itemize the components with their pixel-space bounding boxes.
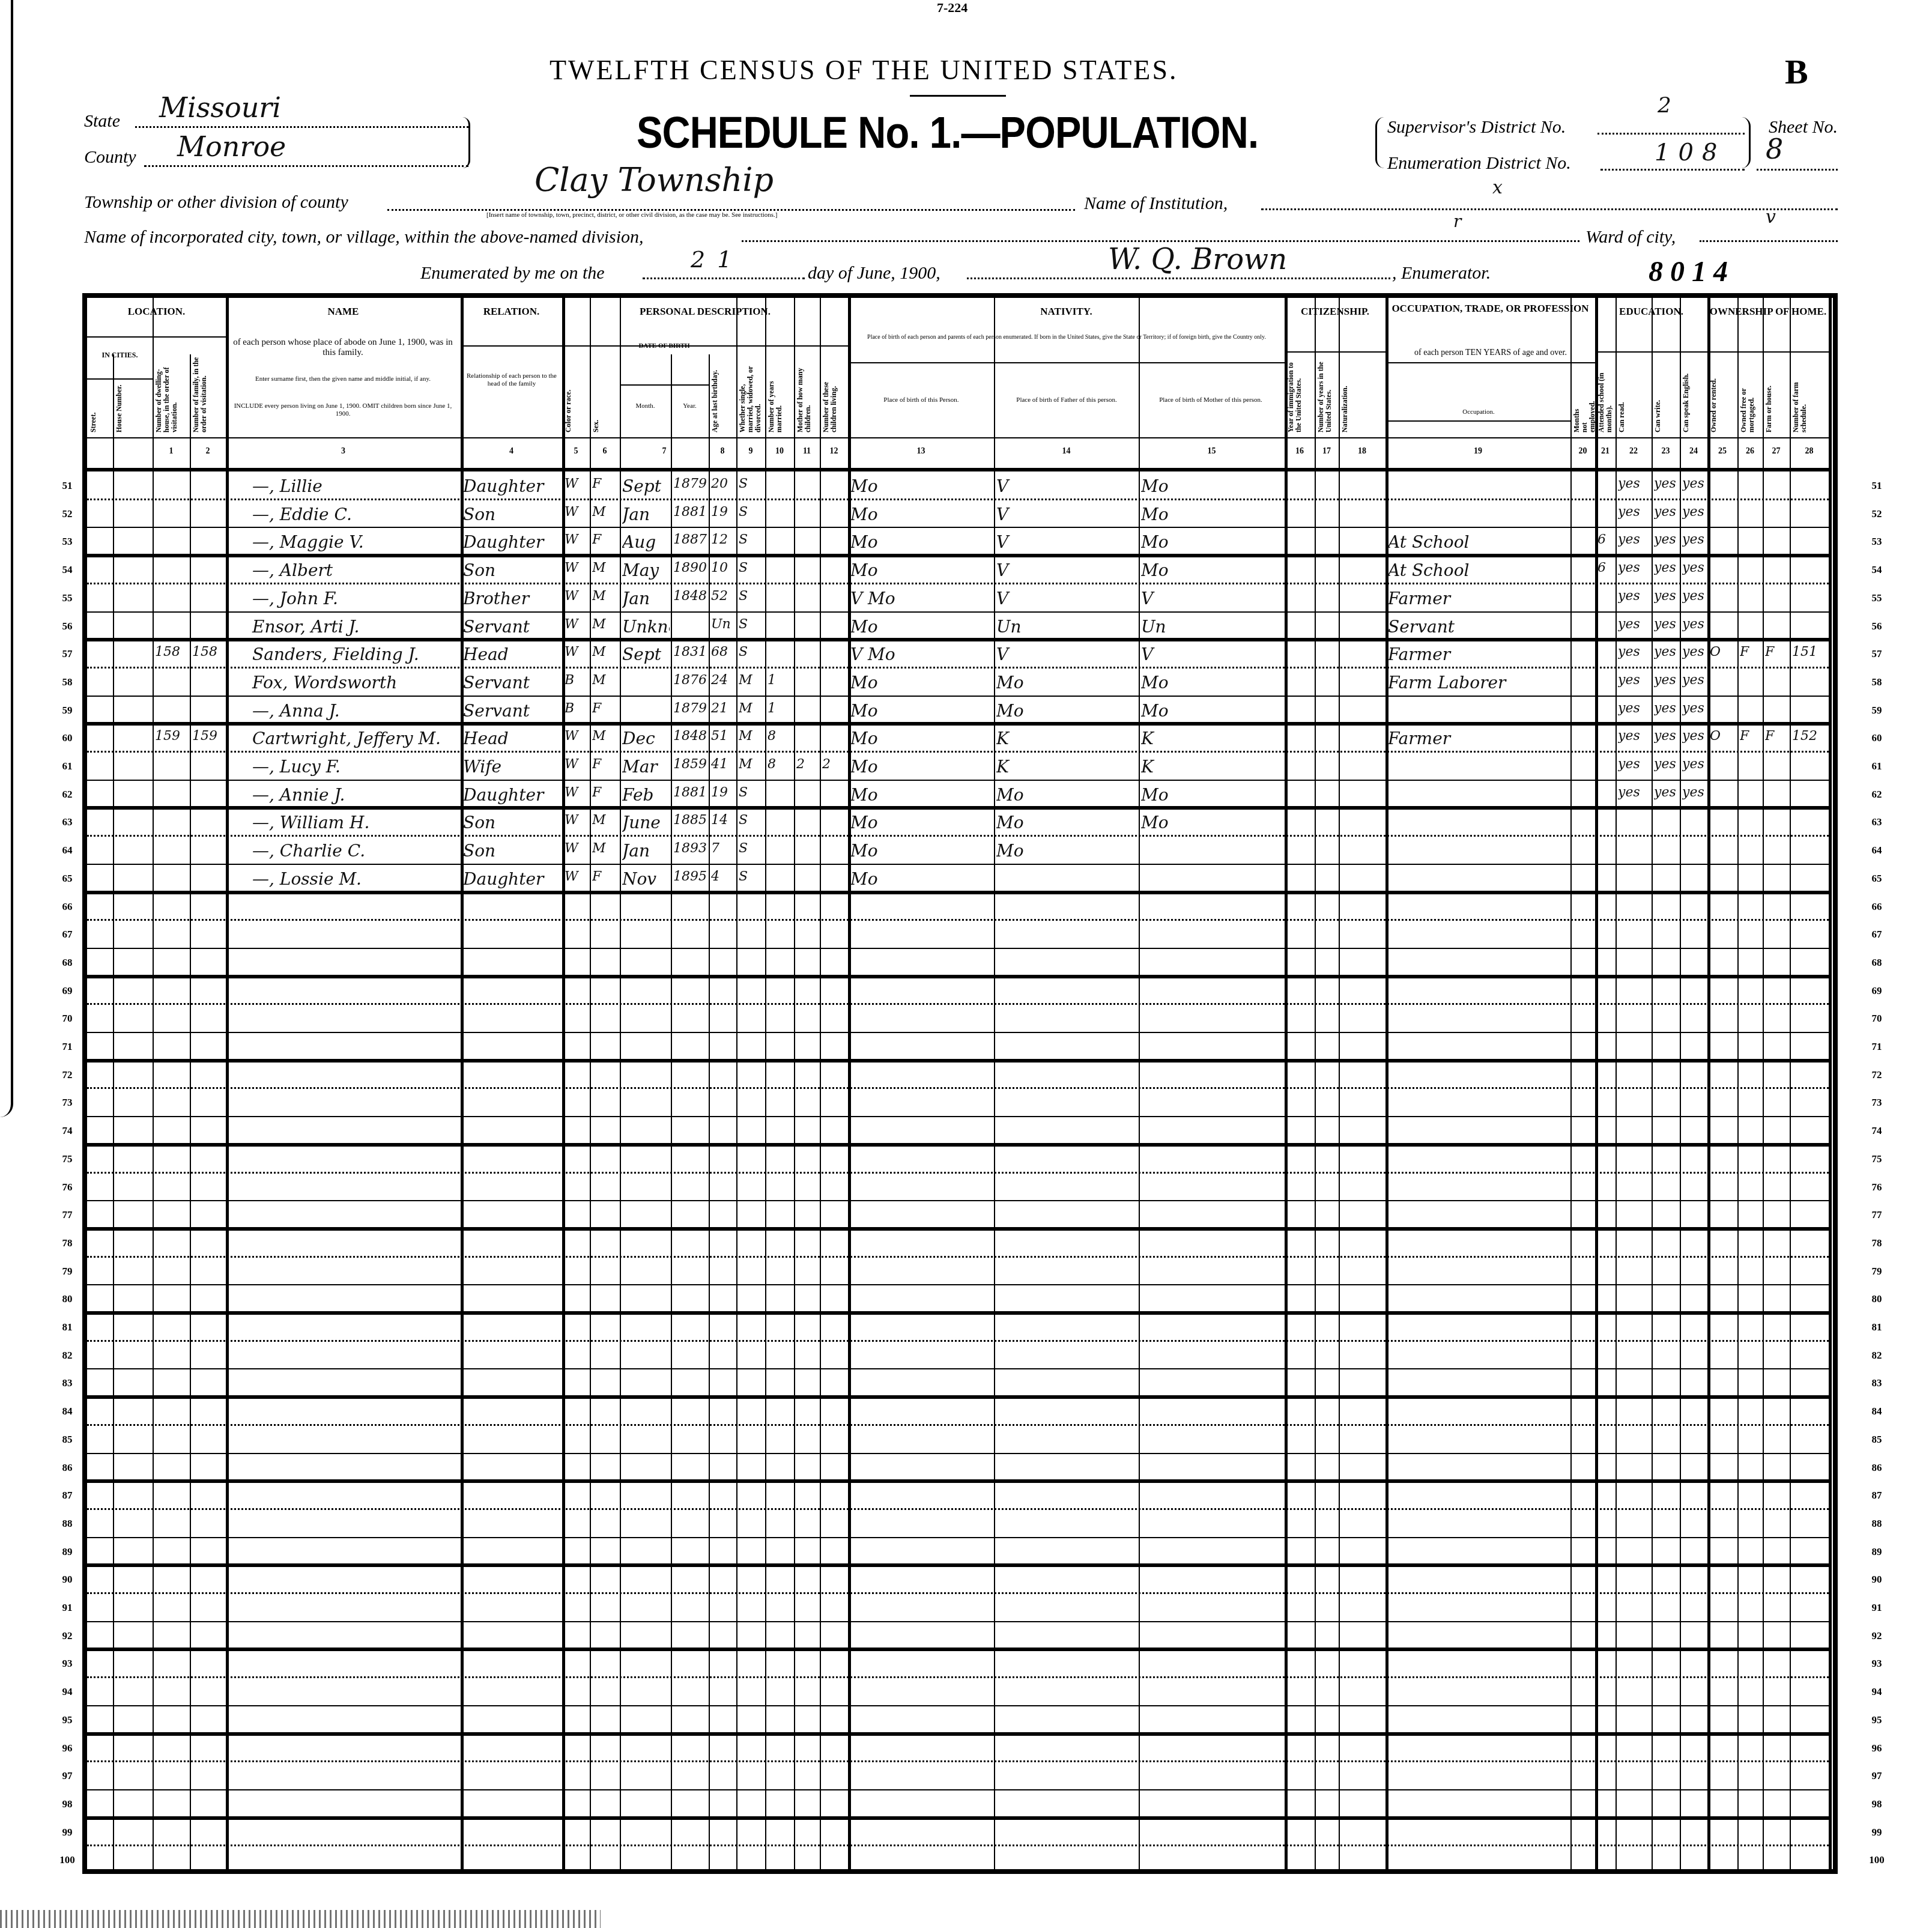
- cell-name[interactable]: —, Maggie V.: [228, 532, 483, 552]
- cell-age[interactable]: 7: [711, 841, 735, 856]
- cell-year[interactable]: 1876: [673, 673, 707, 688]
- cell-speak[interactable]: yes: [1682, 617, 1706, 632]
- cell-speak[interactable]: yes: [1682, 476, 1706, 491]
- cell-bp-person[interactable]: Mo: [850, 729, 993, 748]
- cell-yrs-married[interactable]: 8: [768, 729, 793, 744]
- header-birth-father: Place of birth of Father of this person.: [998, 396, 1135, 404]
- cell-marital[interactable]: M: [739, 729, 764, 744]
- cell-color[interactable]: W: [565, 476, 589, 491]
- cell-marital[interactable]: S: [739, 617, 764, 632]
- cell-relation[interactable]: Daughter: [463, 785, 561, 805]
- cell-bp-mother[interactable]: K: [1141, 757, 1283, 777]
- cell-name[interactable]: —, Lossie M.: [228, 869, 483, 889]
- cell-bp-mother[interactable]: Mo: [1141, 701, 1283, 721]
- ward-label: Ward of city,: [1585, 227, 1676, 247]
- cell-farm-sched[interactable]: 151: [1792, 644, 1828, 659]
- cell-bp-father[interactable]: V: [996, 644, 1137, 664]
- cell-write[interactable]: yes: [1654, 560, 1679, 575]
- cell-bp-father[interactable]: K: [996, 729, 1137, 748]
- cell-bp-father[interactable]: Mo: [996, 813, 1137, 832]
- cell-color[interactable]: W: [565, 729, 589, 744]
- column-number: 5: [562, 447, 590, 456]
- table-row[interactable]: —, Lucy F.WifeWFMar185941M822MoKKyesyesy…: [87, 752, 1829, 780]
- cell-write[interactable]: yes: [1654, 673, 1679, 688]
- cell-sex[interactable]: M: [592, 644, 619, 659]
- cell-bp-person[interactable]: Mo: [850, 701, 993, 721]
- cell-bp-mother[interactable]: Mo: [1141, 560, 1283, 580]
- cell-bp-mother[interactable]: Mo: [1141, 673, 1283, 693]
- column-number: 6: [590, 447, 620, 456]
- cell-name[interactable]: —, Albert: [228, 560, 483, 580]
- cell-owned[interactable]: O: [1710, 729, 1736, 744]
- line-number-right: 99: [1865, 1826, 1889, 1839]
- table-row[interactable]: —, Lossie M.DaughterWFNov18954SMo: [87, 864, 1829, 893]
- cell-mother-of[interactable]: 2: [796, 757, 819, 772]
- cell-bp-mother[interactable]: Mo: [1141, 532, 1283, 552]
- enumerated-suffix: day of June, 1900,: [808, 263, 940, 283]
- table-row[interactable]: —, LillieDaughterWFSept187920SMoVMoyesye…: [87, 471, 1829, 500]
- cell-bp-father[interactable]: V: [996, 476, 1137, 496]
- column-number: 13: [848, 447, 994, 456]
- cell-color[interactable]: W: [565, 785, 589, 800]
- header-year: Year.: [671, 402, 709, 410]
- cell-write[interactable]: yes: [1654, 701, 1679, 716]
- cell-name[interactable]: —, Lillie: [228, 476, 483, 496]
- cell-speak[interactable]: yes: [1682, 701, 1706, 716]
- cell-read[interactable]: yes: [1618, 757, 1650, 772]
- cell-year[interactable]: 1885: [673, 813, 707, 828]
- cell-bp-father[interactable]: V: [996, 532, 1137, 552]
- cell-relation[interactable]: Servant: [463, 673, 561, 693]
- cell-bp-person[interactable]: Mo: [850, 617, 993, 637]
- cell-bp-mother[interactable]: K: [1141, 729, 1283, 748]
- cell-month[interactable]: Jan: [622, 589, 670, 608]
- cell-bp-father[interactable]: V: [996, 560, 1137, 580]
- column-number: 24: [1680, 447, 1707, 456]
- cell-bp-mother[interactable]: Mo: [1141, 785, 1283, 805]
- cell-month[interactable]: June: [622, 813, 670, 832]
- township-field[interactable]: Clay Township: [387, 186, 1075, 211]
- cell-age[interactable]: 14: [711, 813, 735, 828]
- line-number-right: 100: [1865, 1854, 1889, 1866]
- cell-year[interactable]: 1895: [673, 869, 707, 884]
- cell-name[interactable]: —, Anna J.: [228, 701, 483, 721]
- cell-sex[interactable]: F: [592, 701, 619, 716]
- cell-sex[interactable]: M: [592, 617, 619, 632]
- cell-speak[interactable]: yes: [1682, 757, 1706, 772]
- enumerated-day: 21: [691, 246, 743, 273]
- cell-year[interactable]: 1831: [673, 644, 707, 659]
- cell-color[interactable]: W: [565, 841, 589, 856]
- cell-age[interactable]: 68: [711, 644, 735, 659]
- line-number-left: 69: [55, 985, 79, 997]
- cell-attended[interactable]: 6: [1597, 560, 1614, 575]
- cell-marital[interactable]: M: [739, 757, 764, 772]
- cell-name[interactable]: Ensor, Arti J.: [228, 617, 483, 637]
- cell-color[interactable]: W: [565, 617, 589, 632]
- line-number-left: 73: [55, 1097, 79, 1109]
- cell-relation[interactable]: Servant: [463, 701, 561, 721]
- supervisor-field[interactable]: 2: [1597, 111, 1745, 135]
- cell-month[interactable]: Dec: [622, 729, 670, 748]
- line-number-left: 93: [55, 1658, 79, 1670]
- cell-name[interactable]: —, William H.: [228, 813, 483, 832]
- cell-age[interactable]: Un: [711, 617, 735, 632]
- cell-sex[interactable]: F: [592, 476, 619, 491]
- cell-color[interactable]: B: [565, 673, 589, 688]
- cell-color[interactable]: W: [565, 869, 589, 884]
- cell-month[interactable]: May: [622, 560, 670, 580]
- table-row[interactable]: —, Annie J.DaughterWFFeb188119SMoMoMoyes…: [87, 780, 1829, 808]
- cell-age[interactable]: 19: [711, 505, 735, 520]
- cell-marital[interactable]: M: [739, 673, 764, 688]
- line-number-right: 82: [1865, 1350, 1889, 1362]
- cell-name[interactable]: Cartwright, Jeffery M.: [228, 729, 483, 748]
- cell-attended[interactable]: 6: [1597, 532, 1614, 547]
- table-row[interactable]: —, William H.SonWMJune188514SMoMoMo: [87, 808, 1829, 836]
- cell-sex[interactable]: F: [592, 532, 619, 547]
- cell-name[interactable]: Fox, Wordsworth: [228, 673, 483, 693]
- cell-age[interactable]: 4: [711, 869, 735, 884]
- line-number-right: 93: [1865, 1658, 1889, 1670]
- cell-read[interactable]: yes: [1618, 560, 1650, 575]
- township-value: Clay Township: [534, 161, 774, 199]
- cell-name[interactable]: Sanders, Fielding J.: [228, 644, 483, 664]
- cell-sex[interactable]: M: [592, 729, 619, 744]
- cell-bp-father[interactable]: Mo: [996, 701, 1137, 721]
- cell-age[interactable]: 21: [711, 701, 735, 716]
- cell-family[interactable]: 159: [192, 729, 225, 744]
- cell-occupation[interactable]: Farm Laborer: [1388, 673, 1569, 693]
- table-row[interactable]: 159159Cartwright, Jeffery M.HeadWMDec184…: [87, 724, 1829, 752]
- cell-name[interactable]: —, John F.: [228, 589, 483, 608]
- cell-sex[interactable]: F: [592, 757, 619, 772]
- table-row[interactable]: —, Anna J.ServantBF187921M1MoMoMoyesyesy…: [87, 696, 1829, 724]
- cell-month[interactable]: Aug: [622, 532, 670, 552]
- cell-marital[interactable]: S: [739, 644, 764, 659]
- header-years-married: Number of years married.: [768, 360, 792, 432]
- line-number-right: 67: [1865, 929, 1889, 941]
- cell-relation[interactable]: Daughter: [463, 532, 561, 552]
- cell-free[interactable]: F: [1740, 644, 1761, 659]
- cell-speak[interactable]: yes: [1682, 589, 1706, 604]
- cell-relation[interactable]: Head: [463, 729, 561, 748]
- cell-bp-person[interactable]: Mo: [850, 785, 993, 805]
- cell-free[interactable]: F: [1740, 729, 1761, 744]
- cell-age[interactable]: 19: [711, 785, 735, 800]
- cell-bp-person[interactable]: Mo: [850, 673, 993, 693]
- header-age: Age at last birthday.: [711, 360, 734, 432]
- cell-occupation[interactable]: At School: [1388, 560, 1569, 580]
- cell-relation[interactable]: Head: [463, 644, 561, 664]
- cell-sex[interactable]: F: [592, 785, 619, 800]
- column-number: 11: [794, 447, 820, 456]
- cell-age[interactable]: 51: [711, 729, 735, 744]
- cell-color[interactable]: W: [565, 813, 589, 828]
- cell-age[interactable]: 20: [711, 476, 735, 491]
- cell-bp-father[interactable]: Mo: [996, 785, 1137, 805]
- line-number-left: 74: [55, 1125, 79, 1137]
- cell-read[interactable]: yes: [1618, 644, 1650, 659]
- cell-month[interactable]: Mar: [622, 757, 670, 777]
- cell-bp-person[interactable]: Mo: [850, 532, 993, 552]
- cell-bp-father[interactable]: K: [996, 757, 1137, 777]
- cell-write[interactable]: yes: [1654, 785, 1679, 800]
- cell-bp-mother[interactable]: Mo: [1141, 813, 1283, 832]
- cell-write[interactable]: yes: [1654, 729, 1679, 744]
- cell-speak[interactable]: yes: [1682, 505, 1706, 520]
- cell-name[interactable]: —, Eddie C.: [228, 505, 483, 524]
- cell-color[interactable]: W: [565, 560, 589, 575]
- table-row[interactable]: —, John F.BrotherWMJan184852SV MoVVFarme…: [87, 584, 1829, 612]
- cell-month[interactable]: Feb: [622, 785, 670, 805]
- line-number-right: 83: [1865, 1377, 1889, 1389]
- cell-bp-mother[interactable]: Mo: [1141, 505, 1283, 524]
- cell-marital[interactable]: S: [739, 505, 764, 520]
- cell-farm-sched[interactable]: 152: [1792, 729, 1828, 744]
- cell-occupation[interactable]: Farmer: [1388, 589, 1569, 608]
- cell-year[interactable]: 1893: [673, 841, 707, 856]
- cell-relation[interactable]: Son: [463, 505, 561, 524]
- header-can-speak: Can speak English.: [1682, 360, 1705, 432]
- cell-read[interactable]: yes: [1618, 785, 1650, 800]
- cell-year[interactable]: 1890: [673, 560, 707, 575]
- cell-bp-person[interactable]: V Mo: [850, 644, 993, 664]
- column-number: 25: [1707, 447, 1737, 456]
- cell-name[interactable]: —, Lucy F.: [228, 757, 483, 777]
- table-row[interactable]: —, AlbertSonWMMay189010SMoVMoAt School6y…: [87, 556, 1829, 584]
- table-row[interactable]: —, Charlie C.SonWMJan18937SMoMo: [87, 836, 1829, 864]
- cell-relation[interactable]: Daughter: [463, 869, 561, 889]
- cell-read[interactable]: yes: [1618, 729, 1650, 744]
- cell-relation[interactable]: Son: [463, 841, 561, 861]
- cell-sex[interactable]: M: [592, 505, 619, 520]
- cell-bp-father[interactable]: V: [996, 589, 1137, 608]
- cell-bp-person[interactable]: Mo: [850, 560, 993, 580]
- cell-marital[interactable]: S: [739, 785, 764, 800]
- cell-bp-father[interactable]: Mo: [996, 841, 1137, 861]
- enumerator-field[interactable]: W. Q. Brown: [967, 259, 1390, 279]
- cell-bp-father[interactable]: Mo: [996, 673, 1137, 693]
- township-note: [Insert name of township, town, precinct…: [486, 211, 778, 219]
- cell-color[interactable]: W: [565, 505, 589, 520]
- cell-relation[interactable]: Servant: [463, 617, 561, 637]
- header-divider: [1595, 351, 1829, 353]
- cell-year[interactable]: 1848: [673, 589, 707, 604]
- county-field[interactable]: Monroe: [144, 141, 468, 167]
- column-number: 21: [1595, 447, 1616, 456]
- cell-relation[interactable]: Son: [463, 813, 561, 832]
- table-row[interactable]: Ensor, Arti J.ServantWMUnknownUnSMoUnUnS…: [87, 612, 1829, 640]
- cell-age[interactable]: 12: [711, 532, 735, 547]
- cell-sex[interactable]: M: [592, 560, 619, 575]
- cell-read[interactable]: yes: [1618, 617, 1650, 632]
- cell-marital[interactable]: S: [739, 589, 764, 604]
- cell-color[interactable]: W: [565, 644, 589, 659]
- cell-read[interactable]: yes: [1618, 589, 1650, 604]
- cell-write[interactable]: yes: [1654, 617, 1679, 632]
- cell-color[interactable]: B: [565, 701, 589, 716]
- cell-relation[interactable]: Son: [463, 560, 561, 580]
- cell-speak[interactable]: yes: [1682, 673, 1706, 688]
- enumeration-field[interactable]: 108: [1600, 147, 1745, 171]
- cell-sex[interactable]: M: [592, 841, 619, 856]
- line-number-left: 61: [55, 760, 79, 772]
- header-owned-rented: Owned or rented.: [1710, 360, 1735, 432]
- cell-read[interactable]: yes: [1618, 476, 1650, 491]
- cell-bp-father[interactable]: V: [996, 505, 1137, 524]
- line-number-right: 63: [1865, 816, 1889, 828]
- header-divider: [1385, 420, 1570, 422]
- scan-noise: [0, 1910, 601, 1928]
- cell-year[interactable]: 1859: [673, 757, 707, 772]
- cell-year[interactable]: 1879: [673, 701, 707, 716]
- line-number-right: 80: [1865, 1293, 1889, 1305]
- cell-sex[interactable]: M: [592, 589, 619, 604]
- cell-yrs-married[interactable]: 1: [768, 673, 793, 688]
- cell-dwelling[interactable]: 159: [155, 729, 189, 744]
- line-number-right: 65: [1865, 873, 1889, 885]
- enumeration-value: 108: [1655, 139, 1725, 166]
- cell-relation[interactable]: Wife: [463, 757, 561, 777]
- column-divider: [1829, 293, 1832, 1874]
- cell-bp-person[interactable]: Mo: [850, 869, 993, 889]
- cell-marital[interactable]: S: [739, 869, 764, 884]
- cell-year[interactable]: 1879: [673, 476, 707, 491]
- cell-marital[interactable]: S: [739, 841, 764, 856]
- cell-occupation[interactable]: Farmer: [1388, 644, 1569, 664]
- line-number-left: 75: [55, 1153, 79, 1165]
- cell-marital[interactable]: S: [739, 560, 764, 575]
- cell-read[interactable]: yes: [1618, 673, 1650, 688]
- cell-speak[interactable]: yes: [1682, 532, 1706, 547]
- cell-sex[interactable]: M: [592, 813, 619, 828]
- cell-sex[interactable]: M: [592, 673, 619, 688]
- table-row[interactable]: Fox, WordsworthServantBM187624M1MoMoMoFa…: [87, 668, 1829, 696]
- cell-year[interactable]: 1881: [673, 505, 707, 520]
- cell-age[interactable]: 24: [711, 673, 735, 688]
- sheet-field[interactable]: 8: [1757, 147, 1838, 171]
- cell-name[interactable]: —, Annie J.: [228, 785, 483, 805]
- cell-bp-mother[interactable]: V: [1141, 644, 1283, 664]
- cell-relation[interactable]: Daughter: [463, 476, 561, 496]
- cell-bp-person[interactable]: Mo: [850, 813, 993, 832]
- cell-marital[interactable]: S: [739, 813, 764, 828]
- city-field[interactable]: r: [742, 222, 1579, 242]
- ward-value: v: [1766, 207, 1776, 228]
- table-row[interactable]: —, Maggie V.DaughterWFAug188712SMoVMoAt …: [87, 527, 1829, 556]
- cell-year[interactable]: 1887: [673, 532, 707, 547]
- cell-color[interactable]: W: [565, 757, 589, 772]
- cell-write[interactable]: yes: [1654, 505, 1679, 520]
- column-number: 3: [226, 447, 461, 456]
- cell-marital[interactable]: S: [739, 476, 764, 491]
- cell-marital[interactable]: S: [739, 532, 764, 547]
- cell-name[interactable]: —, Charlie C.: [228, 841, 483, 861]
- line-number-right: 75: [1865, 1153, 1889, 1165]
- line-number-left: 77: [55, 1209, 79, 1221]
- cell-bp-father[interactable]: Un: [996, 617, 1137, 637]
- cell-bp-person[interactable]: V Mo: [850, 589, 993, 608]
- state-field[interactable]: Missouri: [135, 102, 468, 128]
- cell-speak[interactable]: yes: [1682, 644, 1706, 659]
- cell-dwelling[interactable]: 158: [155, 644, 189, 659]
- table-row[interactable]: 158158Sanders, Fielding J.HeadWMSept1831…: [87, 640, 1829, 668]
- cell-speak[interactable]: yes: [1682, 729, 1706, 744]
- cell-age[interactable]: 10: [711, 560, 735, 575]
- ward-field[interactable]: v: [1700, 222, 1838, 242]
- cell-write[interactable]: yes: [1654, 757, 1679, 772]
- header-date-of-birth: DATE OF BIRTH: [622, 342, 707, 350]
- cell-age[interactable]: 41: [711, 757, 735, 772]
- line-number-right: 69: [1865, 985, 1889, 997]
- cell-month[interactable]: Nov: [622, 869, 670, 889]
- cell-bp-person[interactable]: Mo: [850, 841, 993, 861]
- cell-owned[interactable]: O: [1710, 644, 1736, 659]
- cell-bp-mother[interactable]: V: [1141, 589, 1283, 608]
- cell-read[interactable]: yes: [1618, 532, 1650, 547]
- cell-marital[interactable]: M: [739, 701, 764, 716]
- cell-yrs-married[interactable]: 1: [768, 701, 793, 716]
- line-number-left: 86: [55, 1462, 79, 1474]
- row-group-divider: [87, 1563, 1829, 1567]
- cell-age[interactable]: 52: [711, 589, 735, 604]
- cell-color[interactable]: W: [565, 589, 589, 604]
- cell-month[interactable]: Sept: [622, 476, 670, 496]
- cell-year[interactable]: 1848: [673, 729, 707, 744]
- cell-write[interactable]: yes: [1654, 476, 1679, 491]
- cell-living[interactable]: 2: [822, 757, 847, 772]
- cell-family[interactable]: 158: [192, 644, 225, 659]
- cell-bp-person[interactable]: Mo: [850, 476, 993, 496]
- cell-relation[interactable]: Brother: [463, 589, 561, 608]
- cell-sex[interactable]: F: [592, 869, 619, 884]
- cell-farm[interactable]: F: [1765, 644, 1788, 659]
- cell-month[interactable]: Jan: [622, 841, 670, 861]
- cell-bp-mother[interactable]: Un: [1141, 617, 1283, 637]
- cell-write[interactable]: yes: [1654, 589, 1679, 604]
- cell-read[interactable]: yes: [1618, 505, 1650, 520]
- line-number-right: 87: [1865, 1490, 1889, 1502]
- line-number-right: 70: [1865, 1013, 1889, 1025]
- cell-occupation[interactable]: At School: [1388, 532, 1569, 552]
- cell-speak[interactable]: yes: [1682, 560, 1706, 575]
- cell-write[interactable]: yes: [1654, 644, 1679, 659]
- cell-occupation[interactable]: Farmer: [1388, 729, 1569, 748]
- cell-bp-person[interactable]: Mo: [850, 757, 993, 777]
- cell-month[interactable]: Jan: [622, 505, 670, 524]
- enumerated-day-field[interactable]: 21: [643, 259, 805, 279]
- cell-month[interactable]: Unknown: [622, 617, 670, 637]
- table-row[interactable]: —, Eddie C.SonWMJan188119SMoVMoyesyesyes: [87, 500, 1829, 528]
- line-number-right: 55: [1865, 592, 1889, 604]
- cell-bp-person[interactable]: Mo: [850, 505, 993, 524]
- cell-bp-mother[interactable]: Mo: [1141, 476, 1283, 496]
- cell-yrs-married[interactable]: 8: [768, 757, 793, 772]
- cell-farm[interactable]: F: [1765, 729, 1788, 744]
- cell-year[interactable]: 1881: [673, 785, 707, 800]
- cell-read[interactable]: yes: [1618, 701, 1650, 716]
- cell-speak[interactable]: yes: [1682, 785, 1706, 800]
- cell-occupation[interactable]: Servant: [1388, 617, 1569, 637]
- cell-write[interactable]: yes: [1654, 532, 1679, 547]
- column-number: 10: [765, 447, 794, 456]
- institution-field[interactable]: x: [1261, 189, 1838, 210]
- cell-month[interactable]: Sept: [622, 644, 670, 664]
- row-divider-dotted: [87, 1592, 1829, 1594]
- header-farm-schedule: Number of farm schedule.: [1792, 360, 1826, 432]
- cell-color[interactable]: W: [565, 532, 589, 547]
